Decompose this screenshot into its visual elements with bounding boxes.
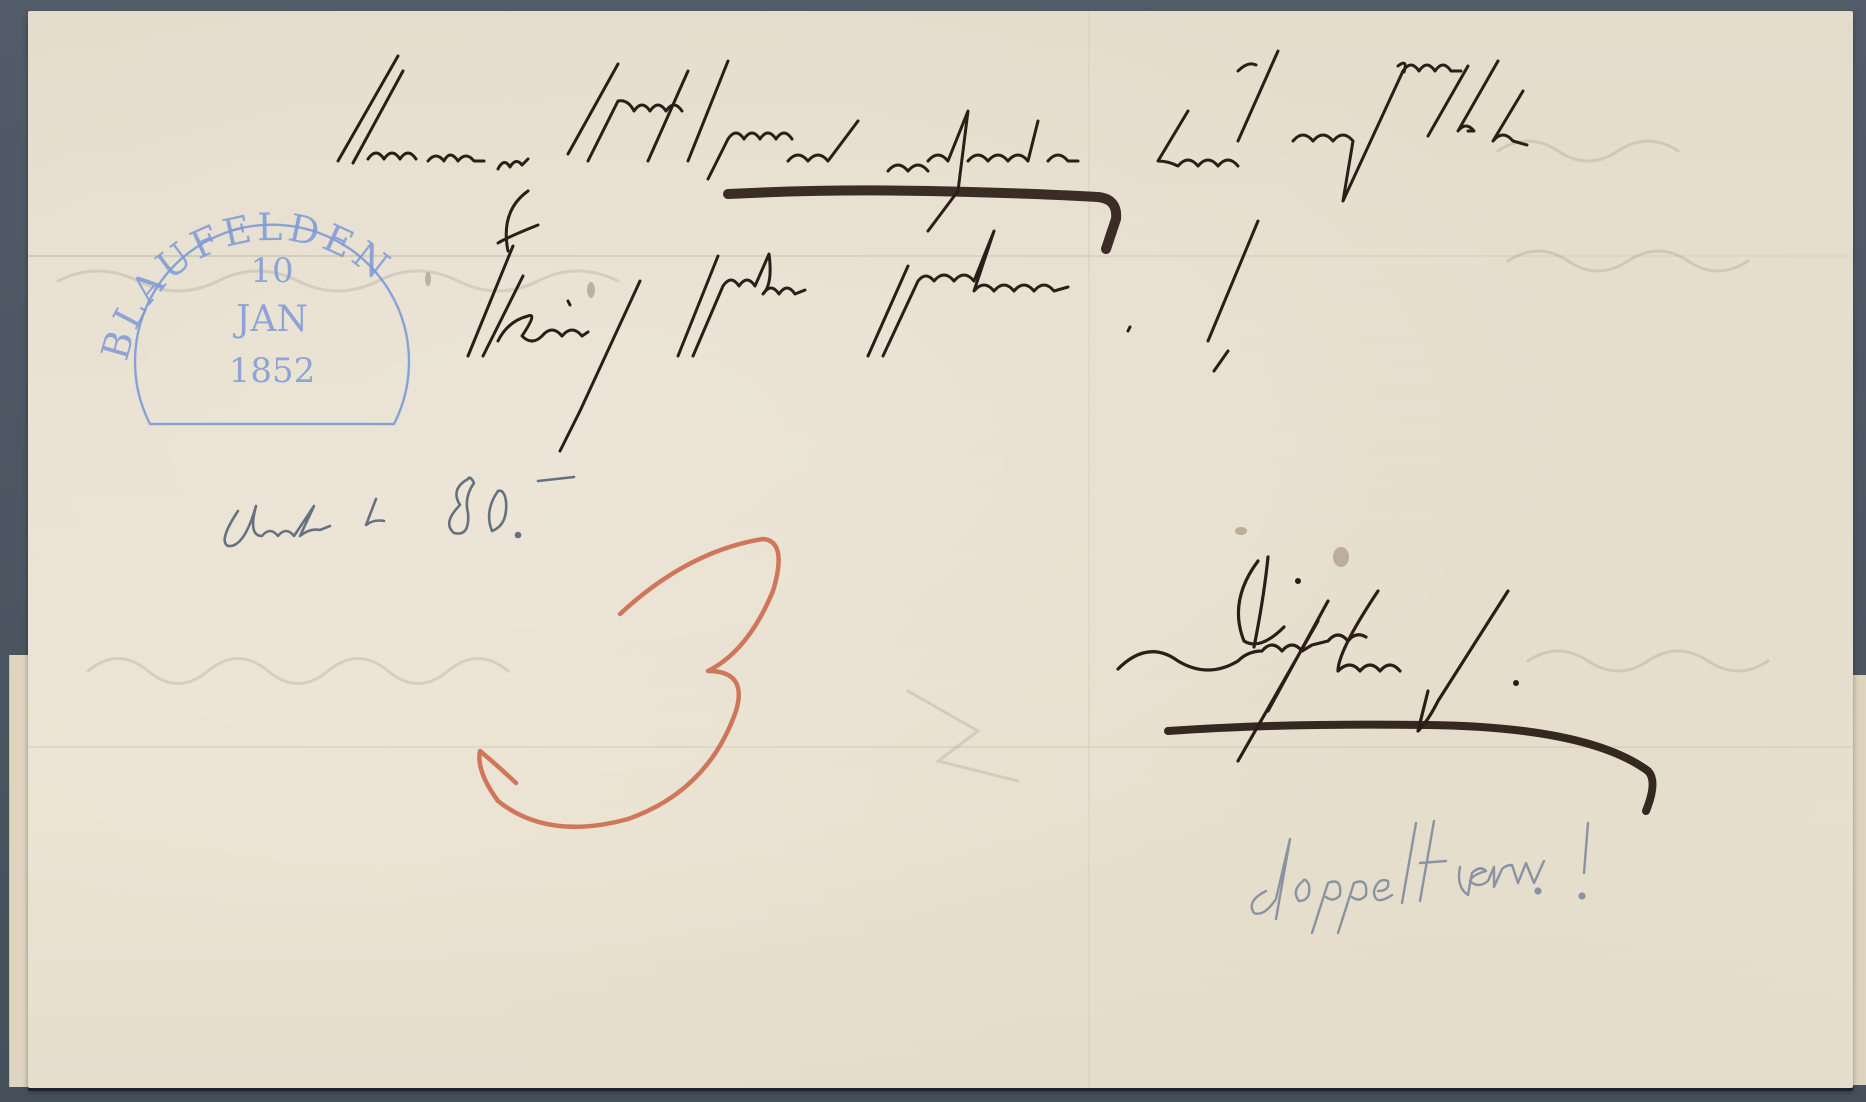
pencil-note-ausb bbox=[225, 477, 574, 546]
folded-letter: BLAUFELDEN 10 JAN 1852 bbox=[28, 11, 1853, 1088]
pencil-note-doppelt bbox=[1252, 821, 1588, 933]
pencil-notes bbox=[28, 11, 1853, 1088]
